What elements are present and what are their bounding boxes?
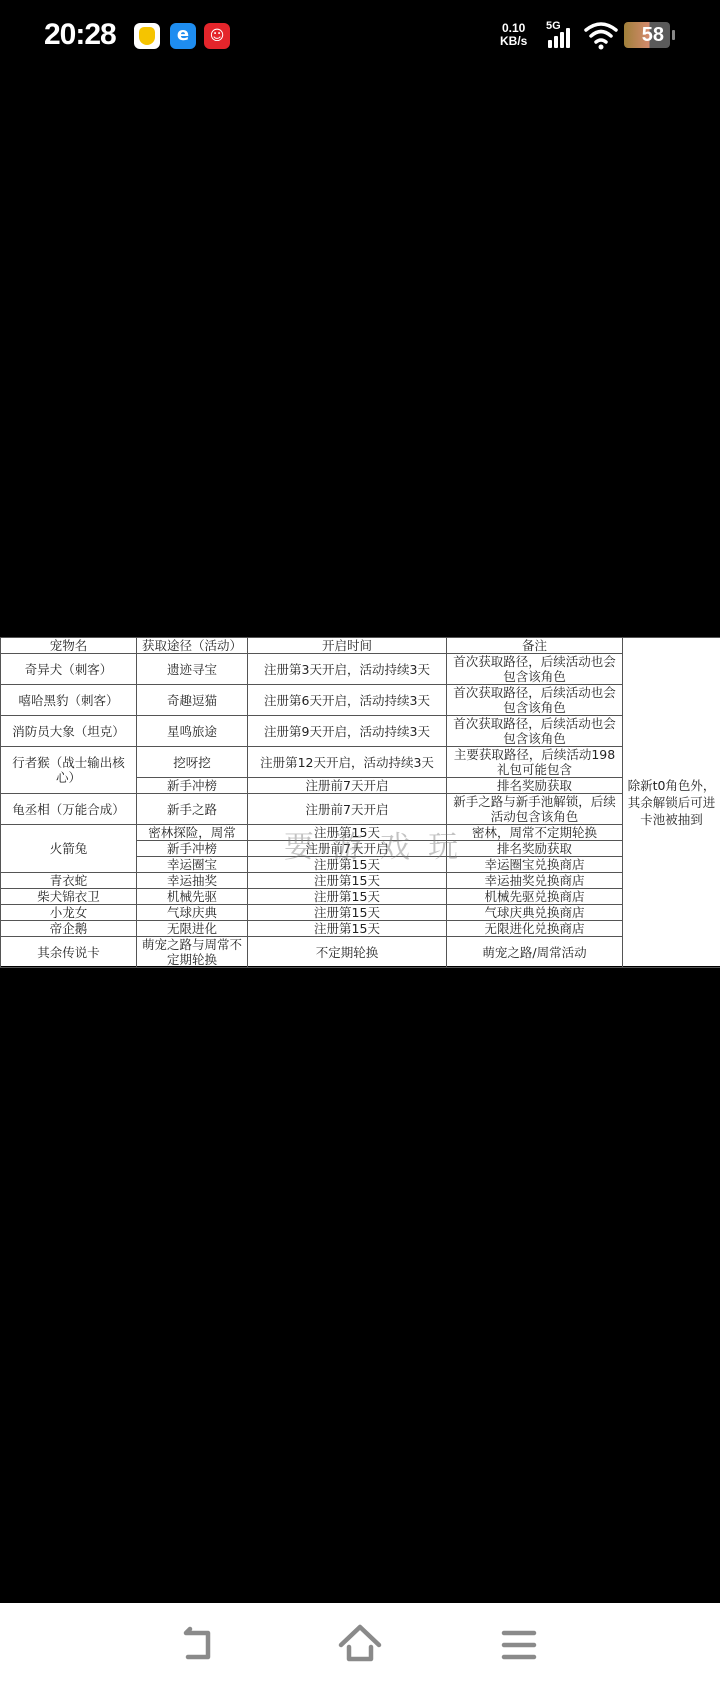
blue-e-app-icon: e: [170, 23, 196, 49]
header-open-time: 开启时间: [248, 638, 447, 654]
battery-tip: [672, 30, 675, 40]
table-row: 龟丞相（万能合成） 新手之路 注册前7天开启 新手之路与新手池解锁，后续活动包含…: [1, 794, 720, 825]
pet-acquisition-table: 宠物名 获取途径（活动） 开启时间 备注 除新t0角色外，其余解锁后可进卡池被抽…: [0, 637, 720, 968]
home-icon[interactable]: [336, 1621, 384, 1669]
table-row: 青衣蛇 幸运抽奖 注册第15天 幸运抽奖兑换商店: [1, 873, 720, 889]
back-icon[interactable]: [178, 1621, 226, 1669]
table-row: 小龙女 气球庆典 注册第15天 气球庆典兑换商店: [1, 905, 720, 921]
net-speed-unit: KB/s: [500, 35, 527, 48]
status-bar: 20:28 e ☺ 0.10 KB/s 5G 58: [0, 0, 720, 80]
table-row: 嘻哈黑豹（刺客） 奇趣逗猫 注册第6天开启，活动持续3天 首次获取路径，后续活动…: [1, 685, 720, 716]
menu-icon[interactable]: [496, 1621, 544, 1669]
table-row: 柴犬锦衣卫 机械先驱 注册第15天 机械先驱兑换商店: [1, 889, 720, 905]
table-row: 行者猴（战士输出核心） 挖呀挖 注册第12天开启，活动持续3天 主要获取路径，后…: [1, 747, 720, 778]
side-note: 除新t0角色外，其余解锁后可进卡池被抽到: [623, 638, 720, 968]
table-row: 其余传说卡 萌宠之路与周常不定期轮换 不定期轮换 萌宠之路/周常活动: [1, 937, 720, 968]
navigation-bar: [0, 1603, 720, 1688]
wifi-icon: [584, 20, 618, 50]
header-route: 获取途径（活动）: [137, 638, 248, 654]
header-note: 备注: [447, 638, 623, 654]
header-pet-name: 宠物名: [1, 638, 137, 654]
table-row: 消防员大象（坦克） 星鸣旅途 注册第9天开启，活动持续3天 首次获取路径，后续活…: [1, 716, 720, 747]
yellow-rabbit-app-icon: [134, 23, 160, 49]
network-type: 5G: [546, 20, 561, 32]
pet-acquisition-table-image: 宠物名 获取途径（活动） 开启时间 备注 除新t0角色外，其余解锁后可进卡池被抽…: [0, 637, 720, 966]
table-row: 火箭兔 密林探险，周常 注册第15天 密林，周常不定期轮换: [1, 825, 720, 841]
clock: 20:28: [44, 18, 116, 52]
red-mascot-app-icon: ☺: [204, 23, 230, 49]
table-row: 奇异犬（刺客） 遗迹寻宝 注册第3天开启，活动持续3天 首次获取路径，后续活动也…: [1, 654, 720, 685]
table-row: 帝企鹅 无限进化 注册第15天 无限进化兑换商店: [1, 921, 720, 937]
battery-icon: 58: [624, 22, 670, 48]
net-speed: 0.10 KB/s: [500, 22, 527, 48]
cellular-signal-icon: 5G: [546, 20, 578, 50]
